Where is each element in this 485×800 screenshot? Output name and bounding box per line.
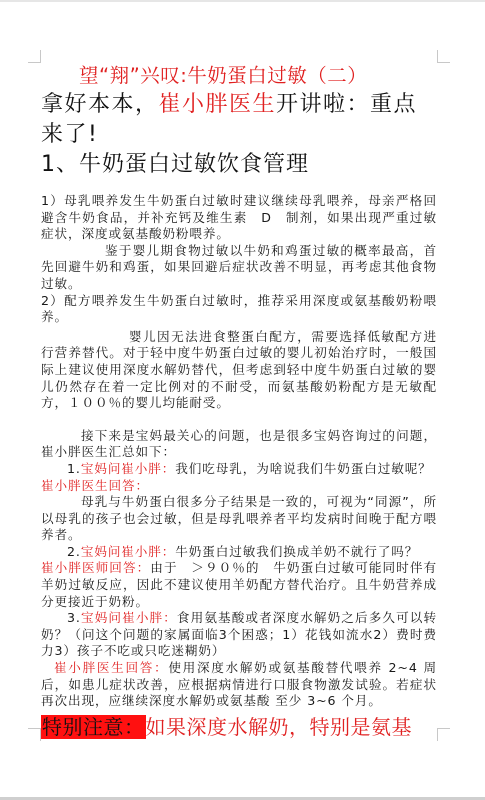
qa-answer-label: 崔小胖医师回答：: [41, 560, 150, 575]
qa-answer-1: 母乳与牛奶蛋白很多分子结果是一致的，可视为“同源”，所以母乳的孩子也会过敏，但是…: [41, 494, 437, 544]
qa-question-text: 牛奶蛋白过敏我们换成羊奶不就行了吗？: [175, 544, 418, 559]
paragraph-formula: 2）配方喂养发生牛奶蛋白过敏时，推荐采用深度或氨基酸奶粉喂养。: [41, 293, 437, 326]
subtitle-doctor-name: 崔小胖医生: [159, 92, 277, 117]
qa-question-3: 3.宝妈问崔小胖：食用氨基酸或者深度水解奶之后多久可以转奶？（问这个问题的家属面…: [41, 610, 437, 660]
page-corner-mark: [437, 50, 450, 63]
paragraph-faq-intro: 接下来是宝妈最关心的问题，也是很多宝妈咨询过的问题，崔小胖医生汇总如下：: [41, 428, 437, 461]
paragraph-hypoallergenic: 婴儿因无法进食整蛋白配方，需要选择低敏配方进行营养替代。对于轻中度牛奶蛋白过敏的…: [41, 329, 437, 412]
qa-answer-label-1: 崔小胖医生回答：: [41, 478, 437, 495]
paragraph-breastfeeding: 1）母乳喂养发生牛奶蛋白过敏时建议继续母乳喂养，母亲严格回避含牛奶食品，并补充钙…: [41, 193, 437, 243]
qa-question-label: 宝妈问崔小胖：: [81, 610, 177, 625]
document-page: 望“翔”兴叹:牛奶蛋白过敏（二） 拿好本本，崔小胖医生开讲啦：重点来了! 1、牛…: [41, 62, 437, 740]
subtitle-prefix: 拿好本本，: [41, 92, 159, 117]
qa-answer-3: 崔小胖医生回答：使用深度水解奶或氨基酸替代喂养 2~4 周后，如患儿症状改善，应…: [41, 660, 437, 710]
qa-question-text: 我们吃母乳，为啥说我们牛奶蛋白过敏呢？: [175, 461, 431, 476]
qa-answer-2: 崔小胖医师回答：由于 ＞９０％的 牛奶蛋白过敏可能同时伴有羊奶过敏反应，因此不建…: [41, 560, 437, 610]
top-edge: [0, 0, 485, 2]
qa-number: 3.: [67, 610, 81, 625]
document-title: 望“翔”兴叹:牛奶蛋白过敏（二）: [41, 62, 437, 90]
special-notice: 特别注意：如果深度水解奶，特别是氨基: [41, 714, 437, 740]
document-body: 1）母乳喂养发生牛奶蛋白过敏时建议继续母乳喂养，母亲严格回避含牛奶食品，并补充钙…: [41, 193, 437, 710]
qa-number: 2.: [67, 544, 81, 559]
paragraph-egg-milk: 鉴于婴儿期食物过敏以牛奶和鸡蛋过敏的概率最高，首先回避牛奶和鸡蛋，如果回避后症状…: [41, 243, 437, 293]
page-corner-mark: [28, 728, 41, 741]
qa-question-label: 宝妈问崔小胖：: [81, 544, 175, 559]
document-subtitle: 拿好本本，崔小胖医生开讲啦：重点来了!: [41, 90, 437, 150]
notice-text: 如果深度水解奶，特别是氨基: [146, 715, 413, 739]
qa-question-2: 2.宝妈问崔小胖：牛奶蛋白过敏我们换成羊奶不就行了吗？: [41, 544, 437, 561]
qa-question-label: 宝妈问崔小胖：: [81, 461, 175, 476]
page-corner-mark: [28, 50, 41, 63]
qa-number: 1.: [67, 461, 81, 476]
notice-label: 特别注意：: [41, 715, 146, 739]
section-heading: 1、牛奶蛋白过敏饮食管理: [41, 150, 437, 180]
qa-question-1: 1.宝妈问崔小胖：我们吃母乳，为啥说我们牛奶蛋白过敏呢？: [41, 461, 437, 478]
qa-answer-label: 崔小胖医生回答：: [54, 660, 168, 675]
page-corner-mark: [437, 728, 450, 741]
